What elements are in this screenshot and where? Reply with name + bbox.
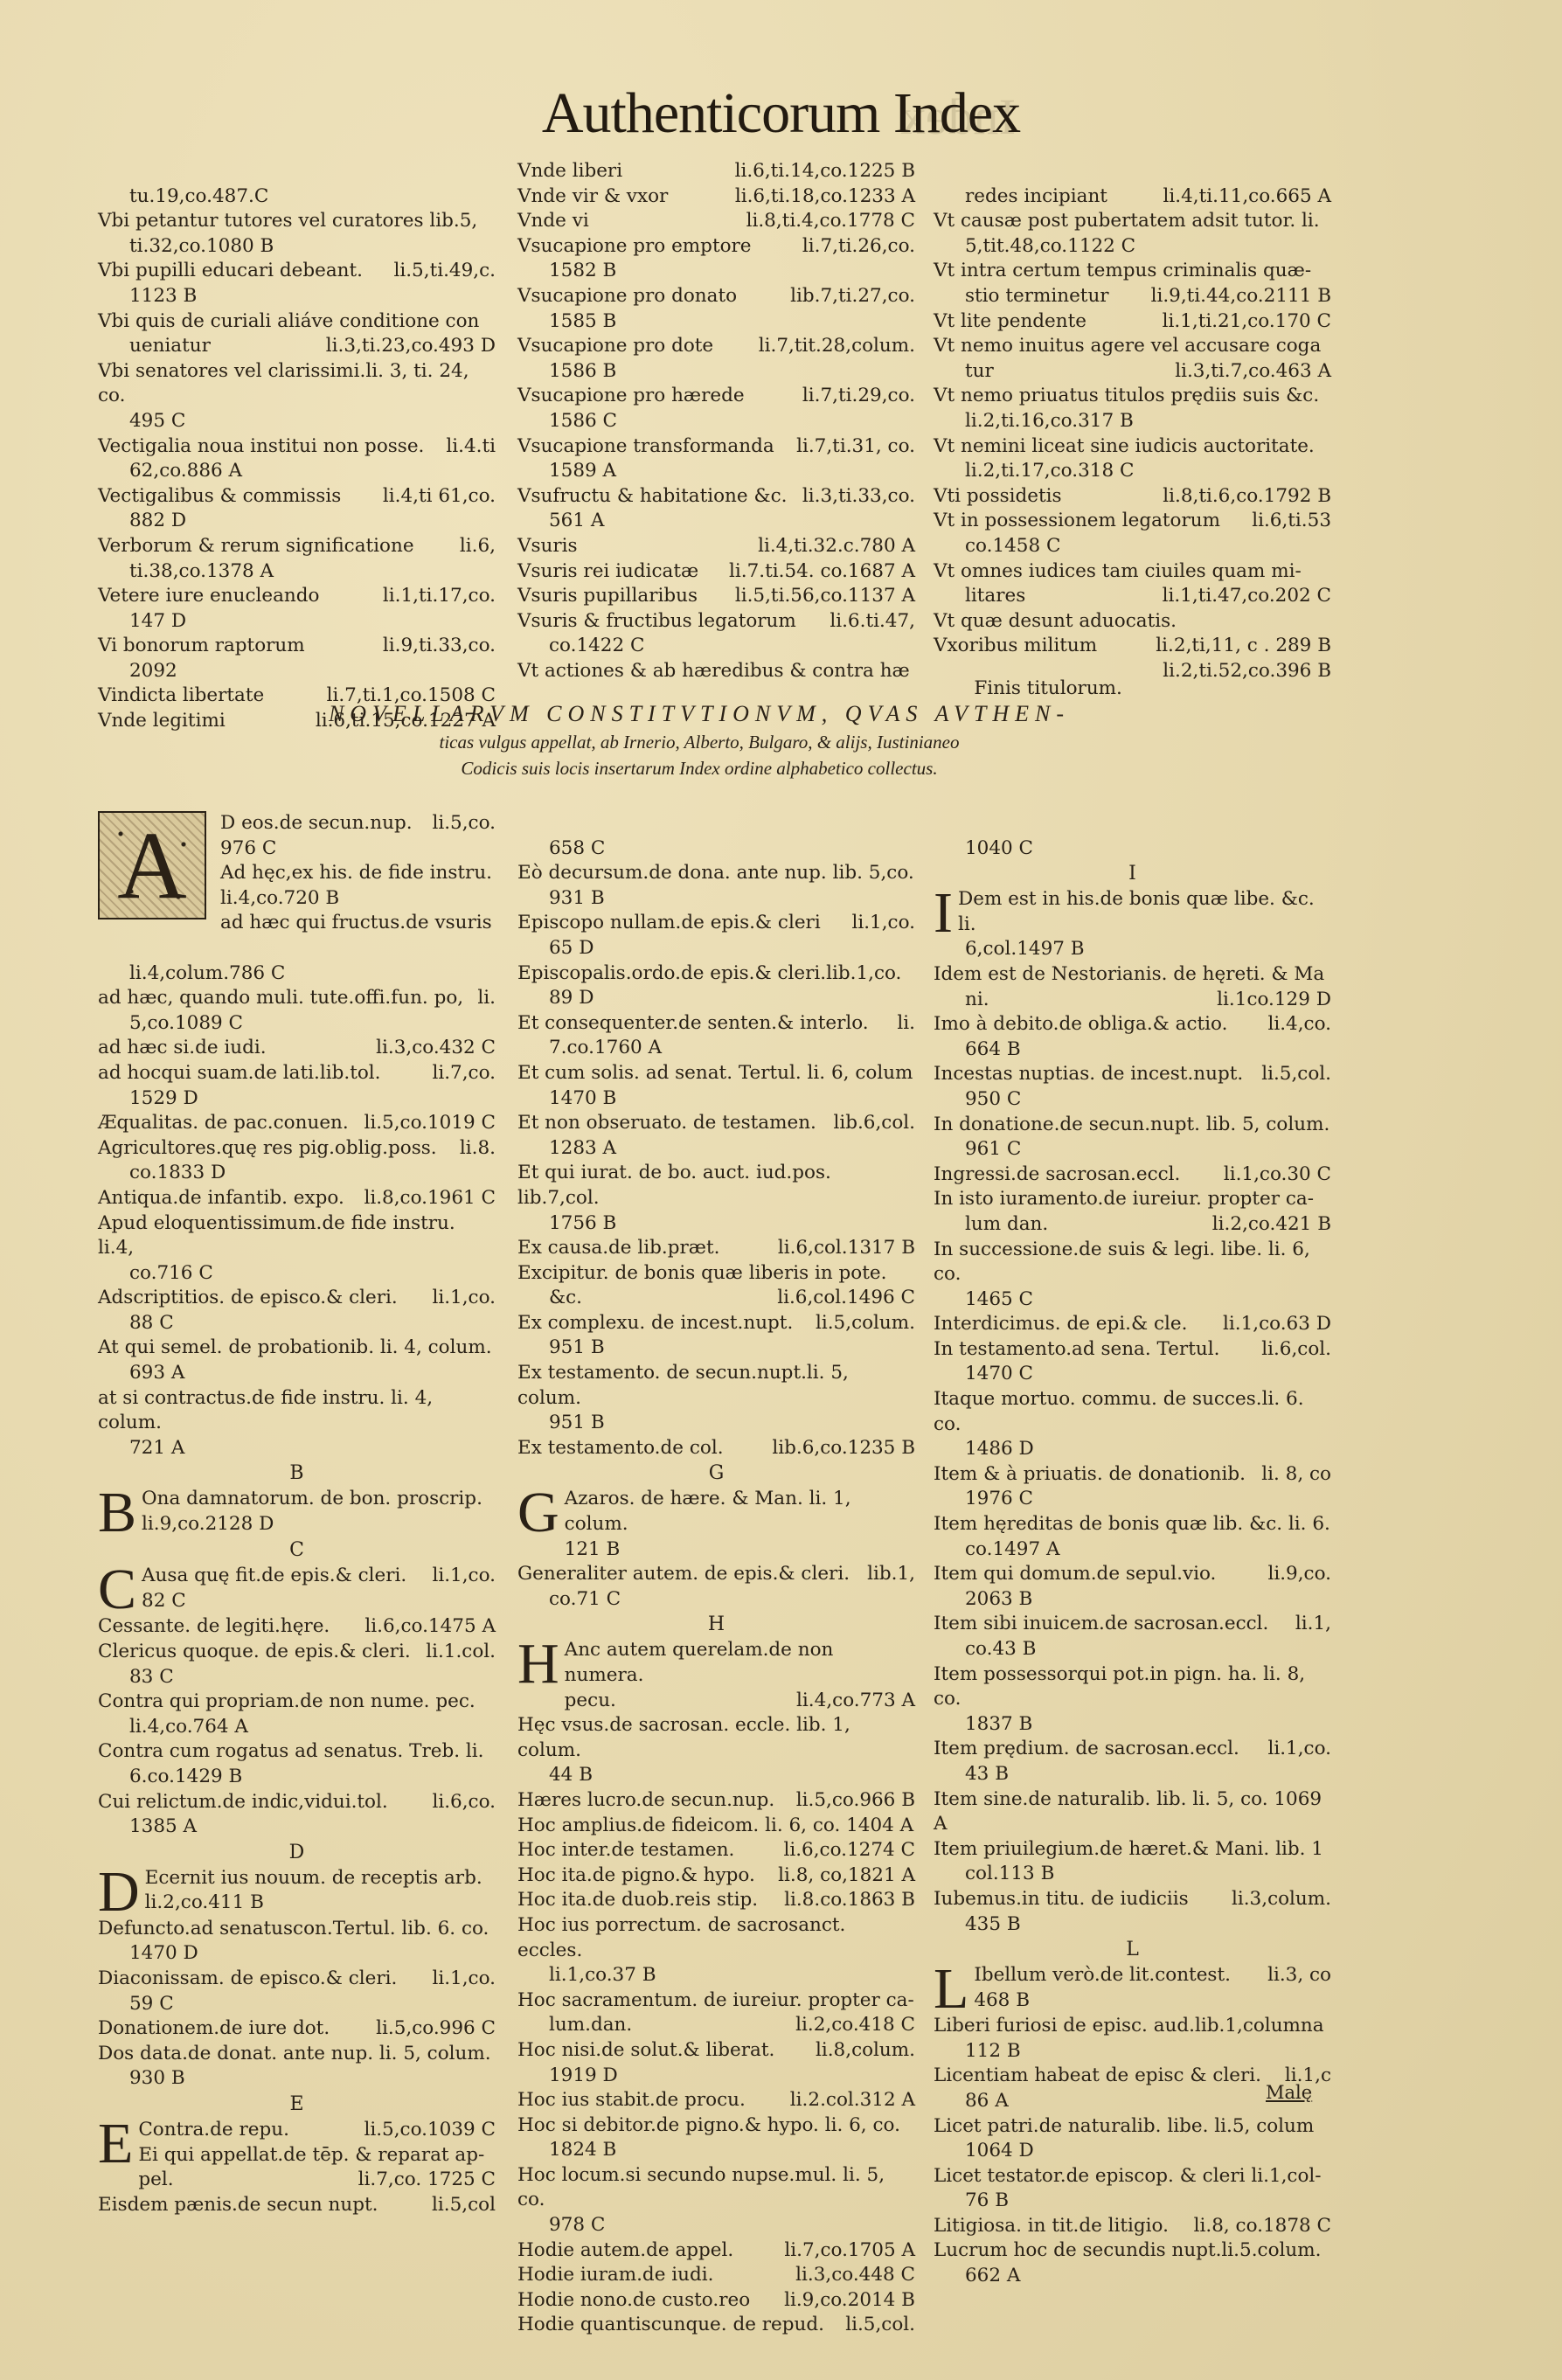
entry-continuation: lum.dan.li.2,co.418 C: [517, 2013, 915, 2038]
index-entry: Vnde vili.8,ti.4,co.1778 C: [517, 209, 915, 234]
entry-title: Diaconissam. de episco.& cleri.li.1,co.: [98, 1967, 496, 1992]
entry-continuation: 1837 B: [934, 1712, 1331, 1738]
index-entry: Eò decursum.de dona. ante nup. lib. 5,co…: [517, 861, 915, 911]
entry-title: Hoc ita.de duob.reis stip.li.8.co.1863 B: [517, 1888, 915, 1913]
entry-title: Et consequenter.de senten.& interlo.li.: [517, 1011, 915, 1037]
entry-title: Et qui iurat. de bo. auct. iud.pos. lib.…: [517, 1161, 915, 1211]
entry-title: Hęc vsus.de sacrosan. eccle. lib. 1, col…: [517, 1713, 915, 1763]
entry-reference: li.9,co.: [1267, 1562, 1331, 1587]
entry-continuation: 5,co.1089 C: [98, 1011, 496, 1037]
entry-reference: li.5,co.1039 C: [364, 2118, 496, 2143]
titulorum-column-3: redes incipiantli.4,ti.11,co.665 AVt cau…: [934, 159, 1331, 701]
entry-reference: li.6,: [460, 534, 496, 559]
entry-reference: li.7,ti.26,co.: [802, 234, 915, 260]
entry-reference: li.3,ti.23,co.493 D: [326, 334, 496, 359]
entry-continuation: 1976 C: [934, 1487, 1331, 1512]
entry-title: Hodie quantiscunque. de repud.li.5,col.: [517, 2313, 915, 2338]
entry-title: Episcopalis.ordo.de epis.& cleri.lib.1,c…: [517, 961, 915, 987]
heading-line-2: ticas vulgus appellat, ab Irnerio, Alber…: [262, 729, 1136, 755]
entry-reference: li.1.col.: [426, 1640, 496, 1665]
entry-reference: li.2,ti.52,co.396 B: [1163, 659, 1331, 684]
index-entry: Vsuris rei iudicatæli.7.ti.54. co.1687 A: [517, 559, 915, 585]
index-entry: Ex complexu. de incest.nupt.li.5,colum.9…: [517, 1311, 915, 1361]
entry-title: In testamento.ad sena. Tertul.li.6,col.: [934, 1337, 1331, 1363]
entry-title: Ibellum verò.de lit.contest.li.3, co: [934, 1963, 1331, 1988]
entry-reference: li.6,col.1317 B: [778, 1236, 915, 1261]
index-entry: Vbi senatores vel clarissimi.li. 3, ti. …: [98, 359, 496, 434]
index-entry: Et qui iurat. de bo. auct. iud.pos. lib.…: [517, 1161, 915, 1236]
entry-title: Vsuris pupillaribusli.5,ti.56,co.1137 A: [517, 584, 915, 609]
entry-reference: li. 8, co: [1261, 1462, 1331, 1488]
entry-title: Adscriptitios. de episco.& cleri.li.1,co…: [98, 1286, 496, 1311]
entry-reference: li.5,col.: [1261, 1062, 1331, 1087]
entry-continuation: 693 A: [98, 1361, 496, 1386]
entry-title: Interdicimus. de epi.& cle.li.1,co.63 D: [934, 1312, 1331, 1337]
entry-continuation: 961 C: [934, 1137, 1331, 1162]
index-entry: ad hæc qui fructus.de vsuris: [98, 911, 496, 936]
index-entry: Hoc sacramentum. de iureiur. propter ca-…: [517, 1988, 915, 2038]
entry-title: Et non obseruato. de testamen.lib.6,col.: [517, 1111, 915, 1136]
entry-continuation: 65 D: [517, 936, 915, 961]
entry-title: Cui relictum.de indic,vidui.tol.li.6,co.: [98, 1790, 496, 1815]
entry-title: Litigiosa. in tit.de litigio.li.8, co.18…: [934, 2214, 1331, 2239]
index-entry: Item sine.de naturalib. lib. li. 5, co. …: [934, 1787, 1331, 1837]
entry-reference: li.1,co.30 C: [1224, 1162, 1331, 1188]
index-entry: Hoc nisi.de solut.& liberat.li.8,colum.1…: [517, 2038, 915, 2088]
index-entry: EContra.de repu.li.5,co.1039 CEi qui app…: [98, 2118, 496, 2193]
entry-title: Vi bonorum raptorumli.9,ti.33,co.: [98, 634, 496, 659]
index-entry: 1040 C: [934, 811, 1331, 861]
entry-title: [98, 159, 496, 184]
entry-title: Hoc nisi.de solut.& liberat.li.8,colum.: [517, 2038, 915, 2064]
entry-title: Vbi quis de curiali aliáve conditione co…: [98, 309, 496, 335]
entry-title: Hæres lucro.de secun.nup.li.5,co.966 B: [517, 1788, 915, 1814]
entry-reference: lib.7,ti.27,co.: [790, 284, 915, 309]
entry-reference: li.5,ti.49,c.: [393, 259, 496, 284]
index-entry: Hoc locum.si secundo nupse.mul. li. 5, c…: [517, 2163, 915, 2238]
entry-title: Eisdem pænis.de secun nupt.li.5,col: [98, 2193, 496, 2218]
entry-title: Ad hęc,ex his. de fide instru.: [98, 861, 496, 886]
entry-title: Dos data.de donat. ante nup. li. 5, colu…: [98, 2042, 496, 2067]
entry-continuation: co.716 C: [98, 1261, 496, 1287]
entry-continuation: co.1422 C: [517, 634, 915, 659]
entry-reference: li.1,co.: [432, 1564, 496, 1589]
entry-reference: li.1,ti.21,co.170 C: [1163, 309, 1331, 335]
titulorum-column-2: Vnde liberili.6,ti.14,co.1225 BVnde vir …: [517, 159, 915, 683]
entry-continuation: 1486 D: [934, 1437, 1331, 1462]
entry-reference: li.1,co.: [1267, 1737, 1331, 1762]
index-entry: Vt lite pendenteli.1,ti.21,co.170 C: [934, 309, 1331, 335]
entry-continuation: 1529 D: [98, 1086, 496, 1112]
entry-continuation: 1385 A: [98, 1814, 496, 1840]
entry-title: [98, 936, 496, 961]
section-letter-e: E: [98, 2092, 496, 2118]
entry-continuation: 1123 B: [98, 284, 496, 309]
entry-title: Vsurisli.4,ti.32.c.780 A: [517, 534, 915, 559]
index-entry: Vt causæ post pubertatem adsit tutor. li…: [934, 209, 1331, 259]
entry-title: Vsucapione pro donatolib.7,ti.27,co.: [517, 284, 915, 309]
index-entry: Vt in possessionem legatorumli.6,ti.53co…: [934, 509, 1331, 559]
section-letter-d: D: [98, 1840, 496, 1866]
entry-reference: li.8.co.1863 B: [784, 1888, 915, 1913]
entry-title: Vti possidetisli.8,ti.6,co.1792 B: [934, 484, 1331, 510]
entry-reference: li.2,co.418 C: [795, 2013, 915, 2038]
entry-reference: li.1,: [1295, 1612, 1331, 1637]
index-entry: tu.19,co.487.C: [98, 159, 496, 209]
entry-title: Vnde liberili.6,ti.14,co.1225 B: [517, 159, 915, 184]
index-entry: CAusa quę fit.de epis.& cleri.li.1,co.82…: [98, 1564, 496, 1614]
entry-title: ad hocqui suam.de lati.lib.tol.li.7,co.: [98, 1061, 496, 1086]
entry-continuation: turli.3,ti.7,co.463 A: [934, 359, 1331, 385]
entry-reference: li.1co.129 D: [1217, 988, 1331, 1013]
index-entry: In donatione.de secun.nupt. lib. 5, colu…: [934, 1113, 1331, 1162]
entry-reference: li.7,tit.28,colum.: [759, 334, 915, 359]
entry-title: ad hæc qui fructus.de vsuris: [98, 911, 496, 936]
entry-title: In isto iuramento.de iureiur. propter ca…: [934, 1187, 1331, 1212]
drop-cap-c: C: [98, 1565, 136, 1614]
entry-title: Item possessorqui pot.in pign. ha. li. 8…: [934, 1662, 1331, 1712]
entry-reference: li.7,co.: [432, 1061, 496, 1086]
entry-reference: li.6,col.1496 C: [777, 1286, 915, 1311]
entry-reference: li.6,ti.14,co.1225 B: [735, 159, 915, 184]
index-entry: At qui semel. de probationib. li. 4, col…: [98, 1336, 496, 1385]
novellarum-column-2: 658 CEò decursum.de dona. ante nup. lib.…: [517, 811, 915, 2338]
section-letter-b: B: [98, 1461, 496, 1487]
index-entry: at si contractus.de fide instru. li. 4, …: [98, 1386, 496, 1461]
entry-title: Vnde vir & vxorli.6,ti.18,co.1233 A: [517, 184, 915, 210]
entry-continuation: 951 B: [517, 1411, 915, 1436]
index-entry: Et consequenter.de senten.& interlo.li.7…: [517, 1011, 915, 1061]
index-entry: Hoc inter.de testamen.li.6,co.1274 C: [517, 1838, 915, 1863]
index-entry: Idem est de Nestorianis. de hęreti. & Ma…: [934, 962, 1331, 1012]
entry-title: Hoc ius porrectum. de sacrosanct. eccles…: [517, 1913, 915, 1963]
index-entry: Adscriptitios. de episco.& cleri.li.1,co…: [98, 1286, 496, 1336]
index-entry: Vnde vir & vxorli.6,ti.18,co.1233 A: [517, 184, 915, 210]
index-entry: D eos.de secun.nup.li.5,co.976 C: [98, 811, 496, 861]
index-entry: Item & à priuatis. de donationib.li. 8, …: [934, 1462, 1331, 1512]
index-entry: Vnde liberili.6,ti.14,co.1225 B: [517, 159, 915, 184]
entry-reference: li.6,col.: [1261, 1337, 1331, 1363]
index-entry: Ex causa.de lib.præt.li.6,col.1317 B: [517, 1236, 915, 1261]
index-entry: Vxoribus militumli.2,ti.52,co.396 B: [934, 634, 1331, 659]
entry-reference: lib.1,: [867, 1562, 915, 1587]
drop-cap-b: B: [98, 1488, 136, 1537]
entry-title: Donationem.de iure dot.li.5,co.996 C: [98, 2016, 496, 2042]
entry-continuation: co.1833 D: [98, 1161, 496, 1186]
entry-reference: li.8,co.1961 C: [364, 1186, 496, 1211]
entry-reference: li.5,co.1019 C: [364, 1111, 496, 1136]
index-entry: In successione.de suis & legi. libe. li.…: [934, 1238, 1331, 1313]
entry-title: Item sibi inuicem.de sacrosan.eccl.li.1,: [934, 1612, 1331, 1637]
index-entry: ad hæc, quando muli. tute.offi.fun. po,l…: [98, 986, 496, 1036]
entry-reference: li.5,ti.56,co.1137 A: [735, 584, 915, 609]
entry-continuation: 2063 B: [934, 1587, 1331, 1613]
entry-continuation: 83 C: [98, 1665, 496, 1690]
index-entry: Vsuris pupillaribusli.5,ti.56,co.1137 A: [517, 584, 915, 609]
index-entry: In testamento.ad sena. Tertul.li.6,col.1…: [934, 1337, 1331, 1387]
entry-title: Hodie iuram.de iudi.li.3,co.448 C: [517, 2263, 915, 2288]
entry-continuation: 1582 B: [517, 259, 915, 284]
index-entry: Hodie autem.de appel.li.7,co.1705 A: [517, 2238, 915, 2264]
titulorum-column-1: tu.19,co.487.CVbi petantur tutores vel c…: [98, 159, 496, 734]
entry-title: Vsufructu & habitatione &c.li.3,ti.33,co…: [517, 484, 915, 510]
index-entry: Item sibi inuicem.de sacrosan.eccl.li.1,…: [934, 1612, 1331, 1662]
index-entry: In isto iuramento.de iureiur. propter ca…: [934, 1187, 1331, 1237]
entry-title: Hoc si debitor.de pigno.& hypo. li. 6, c…: [517, 2113, 915, 2139]
entry-continuation: ti.32,co.1080 B: [98, 234, 496, 260]
index-entry: Vsucapione pro emptoreli.7,ti.26,co.1582…: [517, 234, 915, 284]
entry-continuation: 88 C: [98, 1311, 496, 1336]
entry-continuation: li.2,ti.17,co.318 C: [934, 459, 1331, 484]
entry-title: Vt nemo inuitus agere vel accusare coga: [934, 334, 1331, 359]
entry-continuation: 951 B: [517, 1336, 915, 1361]
entry-reference: li.9,ti.33,co.: [383, 634, 496, 659]
entry-continuation: li.4,co.720 B: [98, 886, 496, 912]
index-entry: ad hocqui suam.de lati.lib.tol.li.7,co.1…: [98, 1061, 496, 1111]
entry-reference: li.6,ti.53: [1252, 509, 1331, 534]
entry-continuation: co.43 B: [934, 1637, 1331, 1662]
index-entry: Clericus quoque. de epis.& cleri.li.1.co…: [98, 1640, 496, 1690]
entry-title: Idem est de Nestorianis. de hęreti. & Ma: [934, 962, 1331, 988]
entry-continuation: li.2,co.411 B: [98, 1891, 496, 1916]
index-entry: li.4,colum.786 C: [98, 936, 496, 986]
entry-title: Hoc sacramentum. de iureiur. propter ca-: [517, 1988, 915, 2014]
entry-reference: li.5,co.966 B: [796, 1788, 915, 1814]
entry-title: Vt omnes iudices tam ciuiles quam mi-: [934, 559, 1331, 585]
entry-continuation: 978 C: [517, 2213, 915, 2238]
section-letter-i: I: [934, 861, 1331, 887]
entry-title: Vsucapione pro emptoreli.7,ti.26,co.: [517, 234, 915, 260]
entry-continuation: 1586 C: [517, 409, 915, 434]
entry-continuation: 147 D: [98, 609, 496, 635]
entry-continuation: 930 B: [98, 2066, 496, 2092]
entry-title: Vectigalibus & commissisli.4,ti 61,co.: [98, 484, 496, 510]
index-entry: Item hęreditas de bonis quæ lib. &c. li.…: [934, 1512, 1331, 1562]
index-entry: Vt nemo priuatus titulos prędiis suis &c…: [934, 384, 1331, 434]
entry-continuation: 59 C: [98, 1992, 496, 2017]
entry-continuation: 1040 C: [934, 836, 1331, 862]
entry-continuation: 44 B: [517, 1763, 915, 1788]
entry-title: Imo à debito.de obliga.& actio.li.4,co.: [934, 1012, 1331, 1037]
section-letter-l: L: [934, 1937, 1331, 1963]
entry-reference: li.6.ti.47,: [830, 609, 915, 635]
entry-reference: li.5,colum.: [816, 1311, 915, 1336]
index-entry: Vt nemo inuitus agere vel accusare cogat…: [934, 334, 1331, 384]
entry-reference: li.8,ti.6,co.1792 B: [1163, 484, 1331, 510]
index-entry: Iubemus.in titu. de iudiciisli.3,colum.4…: [934, 1887, 1331, 1937]
entry-reference: li.3,co.432 C: [376, 1036, 496, 1061]
index-entry: Episcopo nullam.de epis.& clerili.1,co.6…: [517, 911, 915, 961]
entry-title: Anc autem querelam.de non numera.: [517, 1638, 915, 1688]
entry-title: Item priuilegium.de hæret.& Mani. lib. 1: [934, 1837, 1331, 1863]
entry-reference: li.7,co.1705 A: [784, 2238, 915, 2264]
index-entry: Vt intra certum tempus criminalis quæ-st…: [934, 259, 1331, 309]
entry-reference: li.8.: [460, 1136, 496, 1162]
entry-continuation: li.4,colum.786 C: [98, 961, 496, 987]
index-entry: Generaliter autem. de epis.& cleri.lib.1…: [517, 1562, 915, 1612]
index-entry: Vt nemini liceat sine iudicis auctoritat…: [934, 434, 1331, 484]
index-entry: Vsufructu & habitatione &c.li.3,ti.33,co…: [517, 484, 915, 534]
entry-title: Lucrum hoc de secundis nupt.li.5.colum.: [934, 2238, 1331, 2264]
entry-reference: li.3,colum.: [1232, 1887, 1331, 1912]
index-entry: HAnc autem querelam.de non numera.pecu.l…: [517, 1638, 915, 1713]
entry-continuation: co.71 C: [517, 1587, 915, 1613]
entry-continuation: 6.co.1429 B: [98, 1765, 496, 1790]
entry-title: Ex testamento.de col.lib.6,co.1235 B: [517, 1436, 915, 1461]
entry-title: Vt actiones & ab hæredibus & contra hæ: [517, 659, 915, 684]
entry-title: Hoc amplius.de fideicom. li. 6, co. 1404…: [517, 1814, 915, 1839]
entry-reference: li.2.col.312 A: [790, 2088, 915, 2113]
index-entry: Vi bonorum raptorumli.9,ti.33,co.2092: [98, 634, 496, 683]
index-entry: Imo à debito.de obliga.& actio.li.4,co.6…: [934, 1012, 1331, 1062]
entry-title: Licet testator.de episcop. & cleri li.1,…: [934, 2164, 1331, 2189]
entry-continuation: co.1497 A: [934, 1537, 1331, 1563]
entry-reference: li.3, co: [1267, 1963, 1331, 1988]
entry-continuation: 43 B: [934, 1762, 1331, 1787]
index-entry: Ingressi.de sacrosan.eccl.li.1,co.30 C: [934, 1162, 1331, 1188]
entry-reference: li.7,ti.29,co.: [802, 384, 915, 409]
entry-continuation: 976 C: [98, 836, 496, 862]
entry-continuation: 2092: [98, 659, 496, 684]
entry-reference: li.8,ti.4,co.1778 C: [746, 209, 915, 234]
entry-title: Vsuris rei iudicatæli.7.ti.54. co.1687 A: [517, 559, 915, 585]
entry-reference: li.5,col.: [845, 2313, 915, 2338]
entry-title: Ona damnatorum. de bon. proscrip.: [98, 1487, 496, 1512]
heading-line-3: Codicis suis locis insertarum Index ordi…: [262, 755, 1136, 781]
entry-continuation: pel.li.7,co. 1725 C: [98, 2168, 496, 2193]
index-entry: Lucrum hoc de secundis nupt.li.5.colum.6…: [934, 2238, 1331, 2288]
index-entry: Defuncto.ad senatuscon.Tertul. lib. 6. c…: [98, 1917, 496, 1967]
entry-continuation: 931 B: [517, 886, 915, 912]
entry-reference: li.: [897, 1011, 915, 1037]
entry-title: D eos.de secun.nup.li.5,co.: [98, 811, 496, 836]
entry-title: Vt nemo priuatus titulos prędiis suis &c…: [934, 384, 1331, 409]
entry-title: Vsucapione transformandali.7,ti.31, co.: [517, 434, 915, 460]
drop-cap-d: D: [98, 1868, 140, 1917]
entry-title: Æqualitas. de pac.conuen.li.5,co.1019 C: [98, 1111, 496, 1136]
entry-reference: li.1,co.: [851, 911, 915, 936]
entry-title: Liberi furiosi de episc. aud.lib.1,colum…: [934, 2014, 1331, 2039]
index-entry: Vsucapione pro donatolib.7,ti.27,co.1585…: [517, 284, 915, 334]
entry-title: Vbi petantur tutores vel curatores lib.5…: [98, 209, 496, 234]
index-entry: Hoc ius stabit.de procu.li.2.col.312 A: [517, 2088, 915, 2113]
entry-reference: li.6,ti.18,co.1233 A: [735, 184, 915, 210]
index-entry: Vbi petantur tutores vel curatores lib.5…: [98, 209, 496, 259]
entry-title: [934, 159, 1331, 184]
entry-continuation: ti.38,co.1378 A: [98, 559, 496, 585]
index-entry: Agricultores.quę res pig.oblig.poss.li.8…: [98, 1136, 496, 1186]
entry-title: Ex causa.de lib.præt.li.6,col.1317 B: [517, 1236, 915, 1261]
index-entry: Diaconissam. de episco.& cleri.li.1,co.5…: [98, 1967, 496, 2016]
entry-reference: li.1,co.: [432, 1286, 496, 1311]
entry-title: Antiqua.de infantib. expo.li.8,co.1961 C: [98, 1186, 496, 1211]
index-entry: Antiqua.de infantib. expo.li.8,co.1961 C: [98, 1186, 496, 1211]
entry-continuation: 1824 B: [517, 2138, 915, 2163]
entry-title: Dem est in his.de bonis quæ libe. &c. li…: [934, 887, 1331, 937]
entry-title: In successione.de suis & legi. libe. li.…: [934, 1238, 1331, 1287]
entry-continuation: 468 B: [934, 1988, 1331, 2014]
entry-title: ad hæc si.de iudi.li.3,co.432 C: [98, 1036, 496, 1061]
index-entry: Licet patri.de naturalib. libe. li.5, co…: [934, 2114, 1331, 2164]
entry-continuation: 435 B: [934, 1912, 1331, 1938]
entry-continuation: tu.19,co.487.C: [98, 184, 496, 210]
entry-title: Ingressi.de sacrosan.eccl.li.1,co.30 C: [934, 1162, 1331, 1188]
entry-continuation: 7.co.1760 A: [517, 1036, 915, 1061]
entry-reference: li.3,ti.33,co.: [802, 484, 915, 510]
entry-reference: li.: [477, 986, 496, 1011]
index-entry: Donationem.de iure dot.li.5,co.996 C: [98, 2016, 496, 2042]
entry-continuation: 82 C: [98, 1589, 496, 1614]
entry-title: Licet patri.de naturalib. libe. li.5, co…: [934, 2114, 1331, 2140]
entry-reference: li.4.ti: [446, 434, 496, 460]
index-entry: Vbi quis de curiali aliáve conditione co…: [98, 309, 496, 359]
index-entry: Vsucapione transformandali.7,ti.31, co.1…: [517, 434, 915, 484]
entry-continuation: 495 C: [98, 409, 496, 434]
entry-title: Vt quæ desunt aduocatis.li.2,ti,11, c . …: [934, 609, 1331, 635]
entry-title: ad hæc, quando muli. tute.offi.fun. po,l…: [98, 986, 496, 1011]
entry-title: Verborum & rerum significationeli.6,: [98, 534, 496, 559]
entry-title: Ecernit ius nouum. de receptis arb.: [98, 1866, 496, 1891]
section-letter-h: H: [517, 1612, 915, 1638]
index-entry: Contra cum rogatus ad senatus. Treb. li.…: [98, 1739, 496, 1789]
index-entry: Vsurisli.4,ti.32.c.780 A: [517, 534, 915, 559]
entry-reference: li.4,co.773 A: [796, 1689, 915, 1714]
entry-continuation: co.1458 C: [934, 534, 1331, 559]
index-entry: Hodie nono.de custo.reoli.9,co.2014 B: [517, 2288, 915, 2314]
index-entry: Hoc ita.de duob.reis stip.li.8.co.1863 B: [517, 1888, 915, 1913]
entry-title: In donatione.de secun.nupt. lib. 5, colu…: [934, 1113, 1331, 1138]
index-entry: Item qui domum.de sepul.vio.li.9,co.2063…: [934, 1562, 1331, 1612]
index-entry: Vectigalibus & commissisli.4,ti 61,co.88…: [98, 484, 496, 534]
index-entry: Excipitur. de bonis quæ liberis in pote.…: [517, 1261, 915, 1311]
entry-title: Vt intra certum tempus criminalis quæ-: [934, 259, 1331, 284]
entry-continuation: 62,co.886 A: [98, 459, 496, 484]
index-entry: Itaque mortuo. commu. de succes.li. 6. c…: [934, 1387, 1331, 1462]
entry-continuation: &c.li.6,col.1496 C: [517, 1286, 915, 1311]
index-entry: Item priuilegium.de hæret.& Mani. lib. 1…: [934, 1837, 1331, 1887]
entry-title: Vt in possessionem legatorumli.6,ti.53: [934, 509, 1331, 534]
entry-reference: li.6,co.1475 A: [364, 1614, 496, 1640]
index-entry: Licet testator.de episcop. & cleri li.1,…: [934, 2164, 1331, 2214]
entry-continuation: litaresli.1,ti.47,co.202 C: [934, 584, 1331, 609]
section-letter-g: G: [517, 1461, 915, 1487]
entry-reference: li.4,co.: [1267, 1012, 1331, 1037]
entry-title: Vsucapione pro hæredeli.7,ti.29,co.: [517, 384, 915, 409]
index-entry: GAzaros. de hære. & Man. li. 1, colum.12…: [517, 1487, 915, 1562]
entry-continuation: 76 B: [934, 2189, 1331, 2214]
entry-continuation: 1465 C: [934, 1287, 1331, 1313]
entry-continuation: 721 A: [98, 1436, 496, 1461]
entry-title: Episcopo nullam.de epis.& clerili.1,co.: [517, 911, 915, 936]
entry-title: Cessante. de legiti.hęre.li.6,co.1475 A: [98, 1614, 496, 1640]
entry-continuation: 89 D: [517, 986, 915, 1011]
entry-title: Vt causæ post pubertatem adsit tutor. li…: [934, 209, 1331, 234]
entry-title: Item qui domum.de sepul.vio.li.9,co.: [934, 1562, 1331, 1587]
entry-title: Hoc ius stabit.de procu.li.2.col.312 A: [517, 2088, 915, 2113]
entry-title: Excipitur. de bonis quæ liberis in pote.: [517, 1261, 915, 1287]
index-entry: DEcernit ius nouum. de receptis arb.li.2…: [98, 1866, 496, 1917]
entry-continuation: 950 C: [934, 1087, 1331, 1113]
entry-title: Vbi pupilli educari debeant.li.5,ti.49,c…: [98, 259, 496, 284]
index-entry: Dos data.de donat. ante nup. li. 5, colu…: [98, 2042, 496, 2092]
entry-title: At qui semel. de probationib. li. 4, col…: [98, 1336, 496, 1361]
index-entry: Vetere iure enucleandoli.1,ti.17,co.147 …: [98, 584, 496, 634]
entry-continuation: lum dan.li.2,co.421 B: [934, 1212, 1331, 1238]
entry-continuation: redes incipiantli.4,ti.11,co.665 A: [934, 184, 1331, 210]
entry-continuation: li.2,ti.16,co.317 B: [934, 409, 1331, 434]
entry-title: Ex testamento. de secun.nupt.li. 5, colu…: [517, 1361, 915, 1411]
page-title: Authenticorum Index: [0, 80, 1562, 147]
